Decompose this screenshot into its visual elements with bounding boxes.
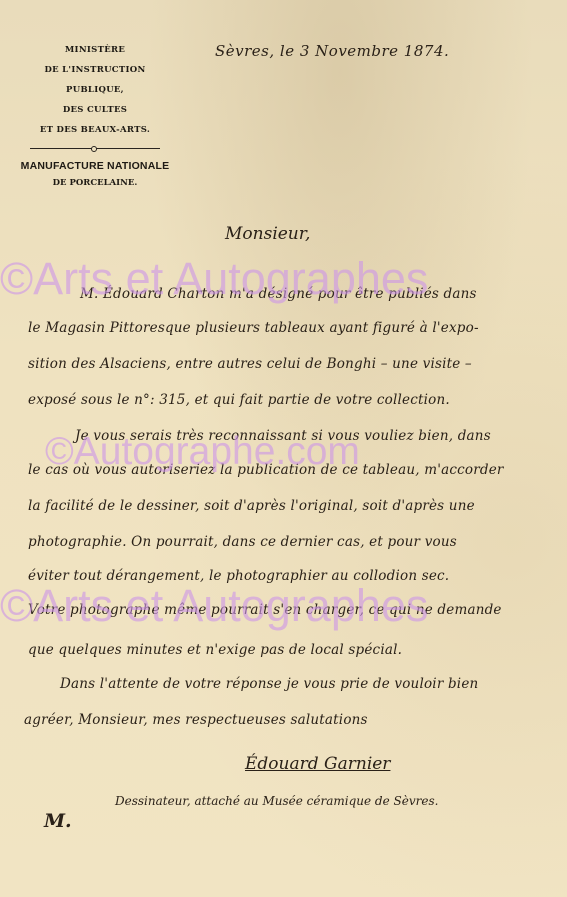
body-line: Dans l'attente de votre réponse je vous …	[60, 676, 478, 692]
body-line: agréer, Monsieur, mes respectueuses salu…	[24, 712, 368, 728]
body-line: Je vous serais très reconnaissant si vou…	[75, 428, 491, 444]
body-line: le cas où vous autoriseriez la publicati…	[28, 462, 504, 478]
letterhead: MINISTÈRE DE L'INSTRUCTION PUBLIQUE, DES…	[20, 40, 170, 191]
body-line: M. Édouard Charton m'a désigné pour être…	[80, 286, 477, 302]
body-line: que quelques minutes et n'exige pas de l…	[28, 642, 402, 658]
letterhead-line: DES CULTES	[20, 100, 170, 120]
institution-name: MANUFACTURE NATIONALE	[20, 157, 170, 175]
body-line: la facilité de le dessiner, soit d'après…	[28, 498, 475, 514]
letterhead-line: DE L'INSTRUCTION PUBLIQUE,	[20, 60, 170, 100]
date-line: Sèvres, le 3 Novembre 1874.	[215, 42, 449, 60]
body-line: sition des Alsaciens, entre autres celui…	[28, 356, 472, 372]
signature: Édouard Garnier	[245, 754, 390, 774]
body-line: le Magasin Pittoresque plusieurs tableau…	[28, 320, 479, 336]
ornamental-divider	[30, 148, 160, 149]
addressee: M.	[44, 810, 72, 832]
body-line: éviter tout dérangement, le photographie…	[28, 568, 449, 584]
letterhead-line: MINISTÈRE	[20, 40, 170, 60]
letterhead-line: ET DES BEAUX-ARTS.	[20, 120, 170, 140]
body-line: exposé sous le n°: 315, et qui fait part…	[28, 392, 450, 408]
letter-page: MINISTÈRE DE L'INSTRUCTION PUBLIQUE, DES…	[0, 0, 567, 897]
body-line: Votre photographe même pourrait s'en cha…	[28, 602, 502, 618]
body-line: photographie. On pourrait, dans ce derni…	[28, 534, 457, 550]
salutation: Monsieur,	[225, 224, 310, 244]
institution-subtitle: DE PORCELAINE.	[20, 175, 170, 191]
signature-title: Dessinateur, attaché au Musée céramique …	[115, 794, 438, 808]
